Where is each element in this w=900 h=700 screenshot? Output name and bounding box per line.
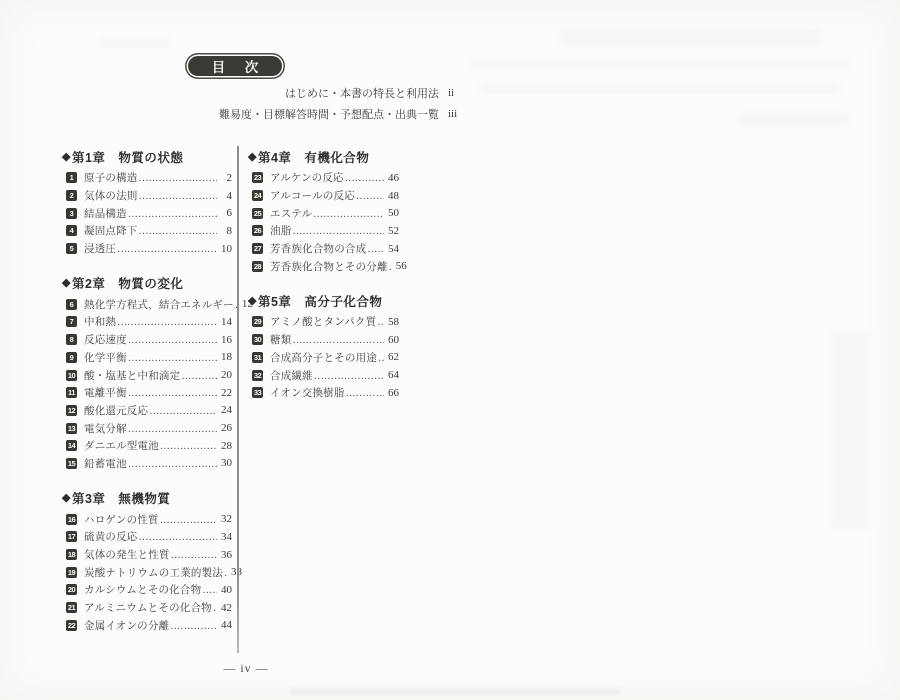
chapter-title-text: 第4章 有機化合物 [258, 148, 369, 166]
item-page-number: 50 [385, 207, 399, 219]
toc-item: 12酸化還元反応……………………………………………………………………………………… [66, 402, 232, 420]
toc-item: 20カルシウムとその化合物………………………………………………………………………… [66, 581, 232, 599]
item-page-number: 24 [218, 404, 232, 416]
chapter-title-text: 第3章 無機物質 [72, 489, 170, 507]
item-page-number: 2 [218, 172, 232, 184]
diamond-icon: ◆ [248, 296, 257, 307]
item-number-badge: 17 [66, 531, 77, 542]
item-number-badge: 27 [252, 243, 263, 254]
dot-leader: ………………………………………………………………………………………………………… [128, 459, 217, 470]
dot-leader: ………………………………………………………………………………………………………… [128, 335, 217, 346]
item-page-number: 40 [218, 584, 232, 596]
item-page-number: 58 [385, 316, 399, 328]
item-number-badge: 3 [66, 208, 77, 219]
item-page-number: 30 [218, 457, 232, 469]
item-label: 合成高分子とその用途 [270, 350, 377, 365]
item-number-badge: 18 [66, 549, 77, 560]
chapter-title-text: 第1章 物質の状態 [72, 148, 183, 166]
item-label: 硫黄の反応 [84, 529, 138, 544]
dot-leader: ………………………………………………………………………………………………………… [128, 353, 217, 364]
item-number-badge: 31 [252, 352, 263, 363]
dot-leader: ………………………………………………………………………………………………………… [139, 532, 218, 543]
item-page-number: 54 [385, 243, 399, 255]
dot-leader: ………………………………………………………………………………………………………… [377, 317, 384, 328]
toc-item: 33イオン交換樹脂…………………………………………………………………………………… [252, 384, 399, 402]
toc-item: 19炭酸ナトリウムの工業的製法…………………………………………………………………… [66, 563, 232, 581]
dot-leader: ………………………………………………………………………………………………………… [117, 244, 217, 255]
dot-leader: ………………………………………………………………………………………………………… [389, 262, 392, 273]
dot-leader: ………………………………………………………………………………………………………… [292, 335, 384, 346]
item-label: 酸化還元反応 [84, 403, 148, 418]
item-number-badge: 24 [252, 190, 263, 201]
item-label: 金属イオンの分離 [84, 618, 169, 633]
dot-leader: ………………………………………………………………………………………………………… [139, 173, 218, 184]
frontmatter-row: はじめに・本書の特長と利用法ii [250, 82, 468, 103]
dot-leader: ………………………………………………………………………………………………………… [128, 209, 217, 220]
frontmatter-list: はじめに・本書の特長と利用法ii難易度・目標解答時間・予想配点・出典一覧iii [250, 82, 468, 124]
item-number-badge: 29 [252, 316, 263, 327]
item-label: アルミニウムとその化合物 [84, 600, 212, 615]
dot-leader: ………………………………………………………………………………………………………… [149, 406, 217, 417]
toc-item: 25エステル…………………………………………………………………………………………… [252, 204, 399, 222]
dot-leader: ………………………………………………………………………………………………………… [346, 388, 384, 399]
dot-leader: ………………………………………………………………………………………………………… [378, 353, 384, 364]
scanned-toc-page: 目 次 はじめに・本書の特長と利用法ii難易度・目標解答時間・予想配点・出典一覧… [0, 0, 900, 700]
item-page-number: 10 [218, 243, 232, 255]
column-divider [237, 146, 239, 653]
chapter-title: ◆第1章 物質の状態 [62, 148, 232, 166]
toc-item: 10酸・塩基と中和滴定……………………………………………………………………………… [66, 366, 232, 384]
frontmatter-page-number: iii [448, 108, 468, 120]
item-label: 浸透圧 [84, 241, 116, 256]
item-number-badge: 14 [66, 440, 77, 451]
item-label: 芳香族化合物とその分離 [270, 259, 388, 274]
toc-item: 30糖類………………………………………………………………………………………………… [252, 331, 399, 349]
item-label: 炭酸ナトリウムの工業的製法 [84, 565, 223, 580]
frontmatter-page-number: ii [448, 87, 468, 99]
dot-leader: ………………………………………………………………………………………………………… [367, 244, 384, 255]
chapter-section: ◆第3章 無機物質16ハロゲンの性質…………………………………………………………… [66, 489, 232, 634]
item-label: ハロゲンの性質 [84, 512, 159, 527]
item-number-badge: 9 [66, 352, 77, 363]
item-number-badge: 4 [66, 225, 77, 236]
dot-leader: ………………………………………………………………………………………………………… [139, 191, 218, 202]
item-number-badge: 8 [66, 334, 77, 345]
toc-item: 24アルコールの反応………………………………………………………………………………… [252, 187, 399, 205]
chapter-section: ◆第1章 物質の状態1原子の構造………………………………………………………………… [66, 148, 232, 257]
chapter-section: ◆第2章 物質の変化6熱化学方程式，結合エネルギー………………………………………… [66, 274, 232, 472]
item-number-badge: 10 [66, 370, 77, 381]
dot-leader: ………………………………………………………………………………………………………… [117, 317, 217, 328]
item-label: 気体の法則 [84, 188, 138, 203]
item-page-number: 64 [385, 369, 399, 381]
dot-leader: ………………………………………………………………………………………………………… [160, 441, 217, 452]
toc-column-right: ◆第4章 有機化合物23アルケンの反応………………………………………………………… [252, 148, 399, 402]
toc-item: 11電離平衡…………………………………………………………………………………………… [66, 384, 232, 402]
bleed-through-ghost [740, 112, 850, 126]
item-number-badge: 23 [252, 172, 263, 183]
toc-item: 23アルケンの反応…………………………………………………………………………………… [252, 169, 399, 187]
item-number-badge: 21 [66, 602, 77, 613]
item-page-number: 8 [218, 225, 232, 237]
chapter-title: ◆第4章 有機化合物 [248, 148, 399, 166]
dot-leader: ………………………………………………………………………………………………………… [170, 621, 217, 632]
bleed-through-ghost [830, 330, 870, 530]
item-number-badge: 2 [66, 190, 77, 201]
item-number-badge: 25 [252, 208, 263, 219]
item-label: 原子の構造 [84, 170, 138, 185]
dot-leader: ………………………………………………………………………………………………………… [356, 191, 384, 202]
toc-item: 21アルミニウムとその化合物……………………………………………………………………… [66, 599, 232, 617]
diamond-icon: ◆ [62, 493, 71, 504]
item-label: 中和熱 [84, 314, 116, 329]
chapter-title-text: 第5章 高分子化合物 [258, 292, 382, 310]
item-label: 芳香族化合物の合成 [270, 241, 366, 256]
chapter-section: ◆第5章 高分子化合物29アミノ酸とタンパク質……………………………………………… [252, 292, 399, 401]
item-page-number: 60 [385, 334, 399, 346]
item-number-badge: 16 [66, 514, 77, 525]
item-label: 合成繊維 [270, 368, 313, 383]
diamond-icon: ◆ [62, 278, 71, 289]
item-label: 結晶構造 [84, 206, 127, 221]
item-number-badge: 7 [66, 316, 77, 327]
toc-item: 4凝固点降下…………………………………………………………………………………………… [66, 222, 232, 240]
item-number-badge: 20 [66, 584, 77, 595]
item-label: アルコールの反応 [270, 188, 355, 203]
frontmatter-label: はじめに・本書の特長と利用法 [285, 85, 439, 101]
item-page-number: 48 [385, 190, 399, 202]
item-page-number: 26 [218, 422, 232, 434]
toc-item: 26油脂………………………………………………………………………………………………… [252, 222, 399, 240]
chapter-title-text: 第2章 物質の変化 [72, 274, 183, 292]
item-page-number: 42 [218, 602, 232, 614]
item-label: アルケンの反応 [270, 170, 344, 185]
chapter-title: ◆第5章 高分子化合物 [248, 292, 399, 310]
item-label: 糖類 [270, 332, 291, 347]
item-label: イオン交換樹脂 [270, 385, 345, 400]
toc-item: 22金属イオンの分離………………………………………………………………………………… [66, 616, 232, 634]
item-label: 電離平衡 [84, 385, 127, 400]
item-page-number: 36 [218, 549, 232, 561]
frontmatter-label: 難易度・目標解答時間・予想配点・出典一覧 [219, 106, 439, 122]
item-number-badge: 13 [66, 423, 77, 434]
dot-leader: ………………………………………………………………………………………………………… [181, 371, 217, 382]
toc-item: 6熱化学方程式，結合エネルギー…………………………………………………………………… [66, 295, 232, 313]
bleed-through-ghost [480, 82, 840, 95]
dot-leader: ………………………………………………………………………………………………………… [202, 585, 217, 596]
chapter-title: ◆第3章 無機物質 [62, 489, 232, 507]
item-number-badge: 19 [66, 567, 77, 578]
frontmatter-row: 難易度・目標解答時間・予想配点・出典一覧iii [250, 103, 468, 124]
dot-leader: ………………………………………………………………………………………………………… [345, 173, 384, 184]
item-label: 反応速度 [84, 332, 127, 347]
item-number-badge: 6 [66, 299, 77, 310]
dot-leader: ………………………………………………………………………………………………………… [171, 550, 217, 561]
item-page-number: 34 [218, 531, 232, 543]
item-label: カルシウムとその化合物 [84, 582, 201, 597]
toc-item: 15鉛蓄電池…………………………………………………………………………………………… [66, 455, 232, 473]
item-number-badge: 26 [252, 225, 263, 236]
toc-item: 8反応速度……………………………………………………………………………………………… [66, 331, 232, 349]
item-label: 化学平衡 [84, 350, 127, 365]
dot-leader: ………………………………………………………………………………………………………… [128, 424, 217, 435]
item-number-badge: 5 [66, 243, 77, 254]
item-label: 油脂 [270, 223, 291, 238]
dot-leader: ………………………………………………………………………………………………………… [313, 209, 384, 220]
item-page-number: 14 [218, 316, 232, 328]
chapter-title: ◆第2章 物質の変化 [62, 274, 232, 292]
dot-leader: ………………………………………………………………………………………………………… [160, 515, 217, 526]
item-label: 鉛蓄電池 [84, 456, 127, 471]
toc-item: 9化学平衡……………………………………………………………………………………………… [66, 349, 232, 367]
item-number-badge: 22 [66, 620, 77, 631]
toc-item: 32合成繊維…………………………………………………………………………………………… [252, 366, 399, 384]
toc-item: 13電気分解…………………………………………………………………………………………… [66, 419, 232, 437]
dot-leader: ………………………………………………………………………………………………………… [128, 388, 217, 399]
dot-leader: ………………………………………………………………………………………………………… [224, 568, 227, 579]
toc-item: 17硫黄の反応………………………………………………………………………………………… [66, 528, 232, 546]
toc-item: 27芳香族化合物の合成……………………………………………………………………………… [252, 240, 399, 258]
item-label: 気体の発生と性質 [84, 547, 170, 562]
toc-item: 3結晶構造……………………………………………………………………………………………… [66, 204, 232, 222]
item-page-number: 32 [218, 513, 232, 525]
item-page-number: 28 [218, 440, 232, 452]
item-label: アミノ酸とタンパク質 [270, 314, 376, 329]
item-page-number: 66 [385, 387, 399, 399]
item-label: 酸・塩基と中和滴定 [84, 368, 180, 383]
item-page-number: 52 [385, 225, 399, 237]
page-number-footer: — iv — [36, 661, 456, 676]
item-page-number: 46 [385, 172, 399, 184]
chapter-section: ◆第4章 有機化合物23アルケンの反応………………………………………………………… [252, 148, 399, 275]
item-label: エステル [270, 206, 312, 221]
item-page-number: 22 [218, 387, 232, 399]
dot-leader: ………………………………………………………………………………………………………… [292, 226, 384, 237]
toc-column-left: ◆第1章 物質の状態1原子の構造………………………………………………………………… [66, 148, 232, 634]
item-number-badge: 32 [252, 370, 263, 381]
toc-item: 7中和熱………………………………………………………………………………………………… [66, 313, 232, 331]
toc-item: 14ダニエル型電池…………………………………………………………………………………… [66, 437, 232, 455]
item-number-badge: 11 [66, 387, 77, 398]
bleed-through-ghost [560, 30, 820, 46]
item-page-number: 38 [228, 566, 242, 578]
item-page-number: 16 [218, 334, 232, 346]
toc-item: 2気体の法則…………………………………………………………………………………………… [66, 187, 232, 205]
dot-leader: ………………………………………………………………………………………………………… [213, 603, 217, 614]
item-number-badge: 15 [66, 458, 77, 469]
dot-leader: ………………………………………………………………………………………………………… [139, 226, 218, 237]
item-number-badge: 30 [252, 334, 263, 345]
item-page-number: 4 [218, 190, 232, 202]
diamond-icon: ◆ [248, 152, 257, 163]
toc-item: 16ハロゲンの性質…………………………………………………………………………………… [66, 510, 232, 528]
dot-leader: ………………………………………………………………………………………………………… [314, 371, 384, 382]
item-page-number: 56 [393, 260, 407, 272]
toc-item: 5浸透圧………………………………………………………………………………………………… [66, 240, 232, 258]
item-page-number: 18 [218, 351, 232, 363]
item-number-badge: 28 [252, 261, 263, 272]
toc-item: 31合成高分子とその用途…………………………………………………………………………… [252, 349, 399, 367]
item-number-badge: 1 [66, 172, 77, 183]
item-page-number: 6 [218, 207, 232, 219]
bleed-through-ghost [470, 58, 850, 71]
item-page-number: 20 [218, 369, 232, 381]
toc-title-badge: 目 次 [188, 56, 282, 76]
item-number-badge: 12 [66, 405, 77, 416]
item-label: 電気分解 [84, 421, 127, 436]
bleed-through-ghost [290, 688, 620, 695]
item-label: 凝固点降下 [84, 223, 138, 238]
item-page-number: 62 [385, 351, 399, 363]
item-label: ダニエル型電池 [84, 438, 159, 453]
toc-item: 1原子の構造…………………………………………………………………………………………… [66, 169, 232, 187]
bleed-through-ghost [100, 38, 170, 48]
item-page-number: 44 [218, 619, 232, 631]
toc-item: 28芳香族化合物とその分離………………………………………………………………………… [252, 257, 399, 275]
item-label: 熱化学方程式，結合エネルギー [84, 297, 234, 312]
toc-item: 18気体の発生と性質………………………………………………………………………………… [66, 546, 232, 564]
item-number-badge: 33 [252, 387, 263, 398]
diamond-icon: ◆ [62, 152, 71, 163]
toc-item: 29アミノ酸とタンパク質…………………………………………………………………………… [252, 313, 399, 331]
